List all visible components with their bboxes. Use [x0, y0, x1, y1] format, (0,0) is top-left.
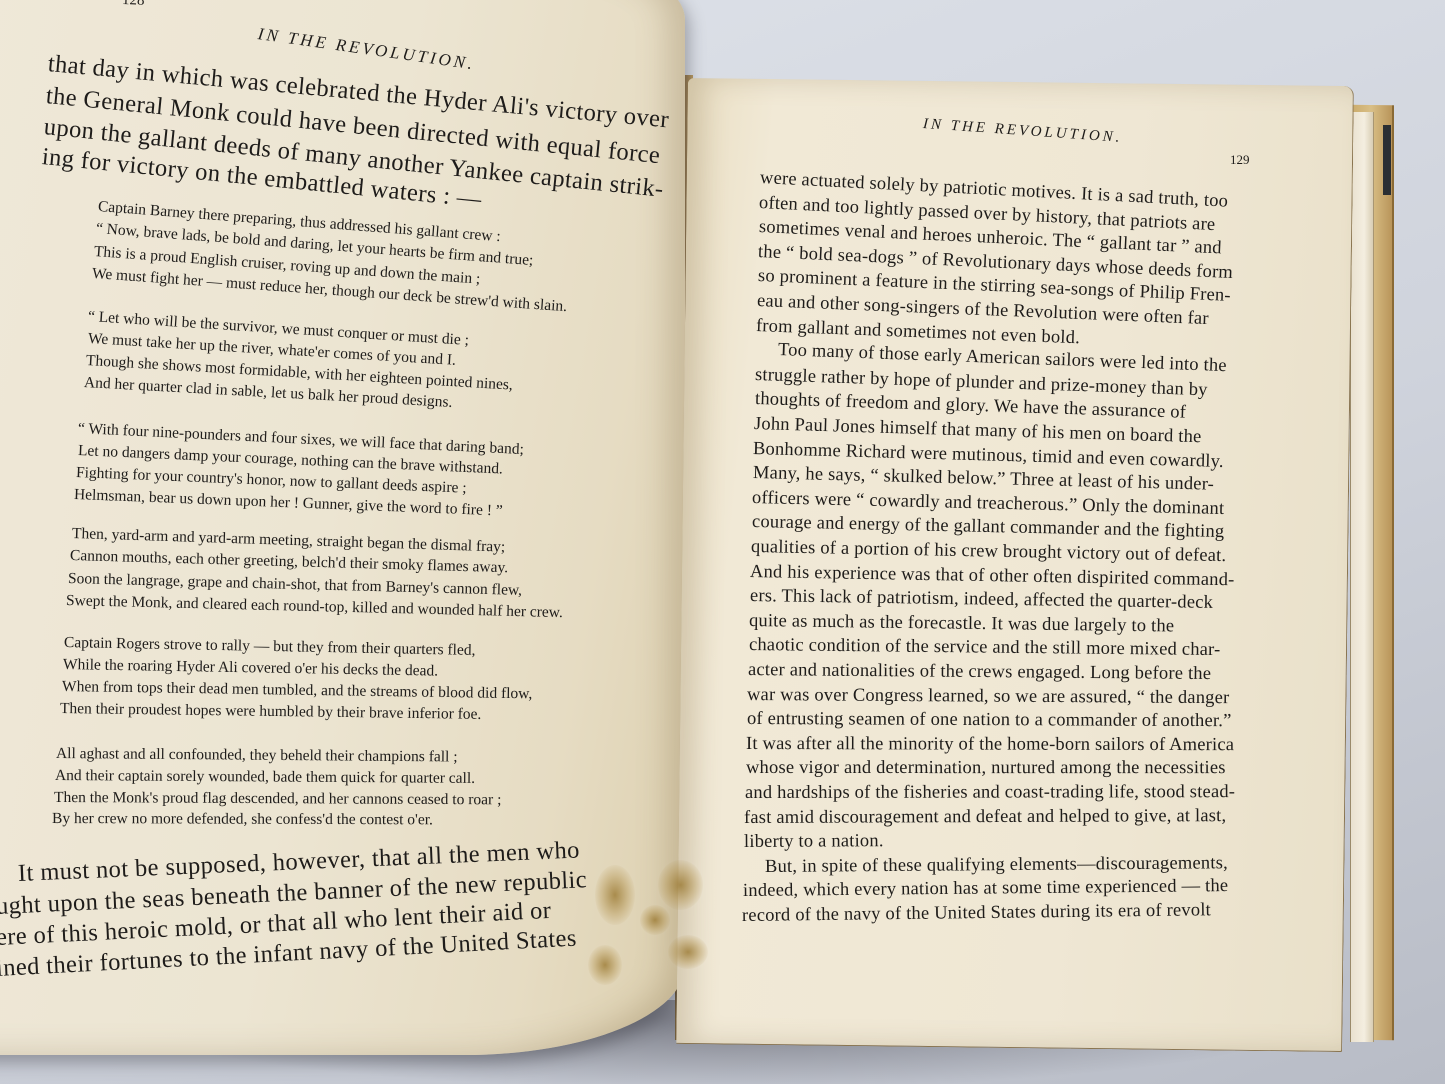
foxing-stain [588, 945, 622, 985]
verse-line: All aghast and all confounded, they behe… [56, 745, 458, 767]
text-line: It was after all the minority of the hom… [746, 734, 1234, 756]
verse-line: Then the Monk's proud flag descended, an… [54, 789, 501, 809]
foxing-stain [640, 905, 670, 935]
text-line: fast amid discouragement and defeat and … [744, 806, 1226, 829]
text-line: and hardships of the fisheries and coast… [745, 782, 1235, 804]
right-page-number: 129 [1230, 152, 1250, 168]
text-line: But, in spite of these qualifying elemen… [765, 853, 1228, 878]
cover-spine-tab [1383, 125, 1391, 195]
foxing-stain [658, 860, 703, 910]
foxing-stain [668, 935, 708, 969]
verse-line: By her crew no more defended, she confes… [52, 810, 433, 829]
text-line: liberty to a nation. [744, 831, 884, 853]
foxing-stain [595, 865, 635, 925]
text-line: of entrusting seamen of one nation to a … [747, 709, 1232, 732]
text-line: acter and nationalities of the crews eng… [748, 660, 1211, 685]
text-line: whose vigor and determination, nurtured … [746, 758, 1226, 779]
text-line: war was over Congress learned, so we are… [747, 685, 1230, 709]
page-block-edge [1350, 112, 1374, 1042]
left-page-number: 128 [122, 0, 145, 10]
verse-line: And their captain sorely wounded, bade t… [55, 767, 475, 788]
book-photo: 128 IN THE REVOLUTION. that day in which… [0, 0, 1445, 1084]
